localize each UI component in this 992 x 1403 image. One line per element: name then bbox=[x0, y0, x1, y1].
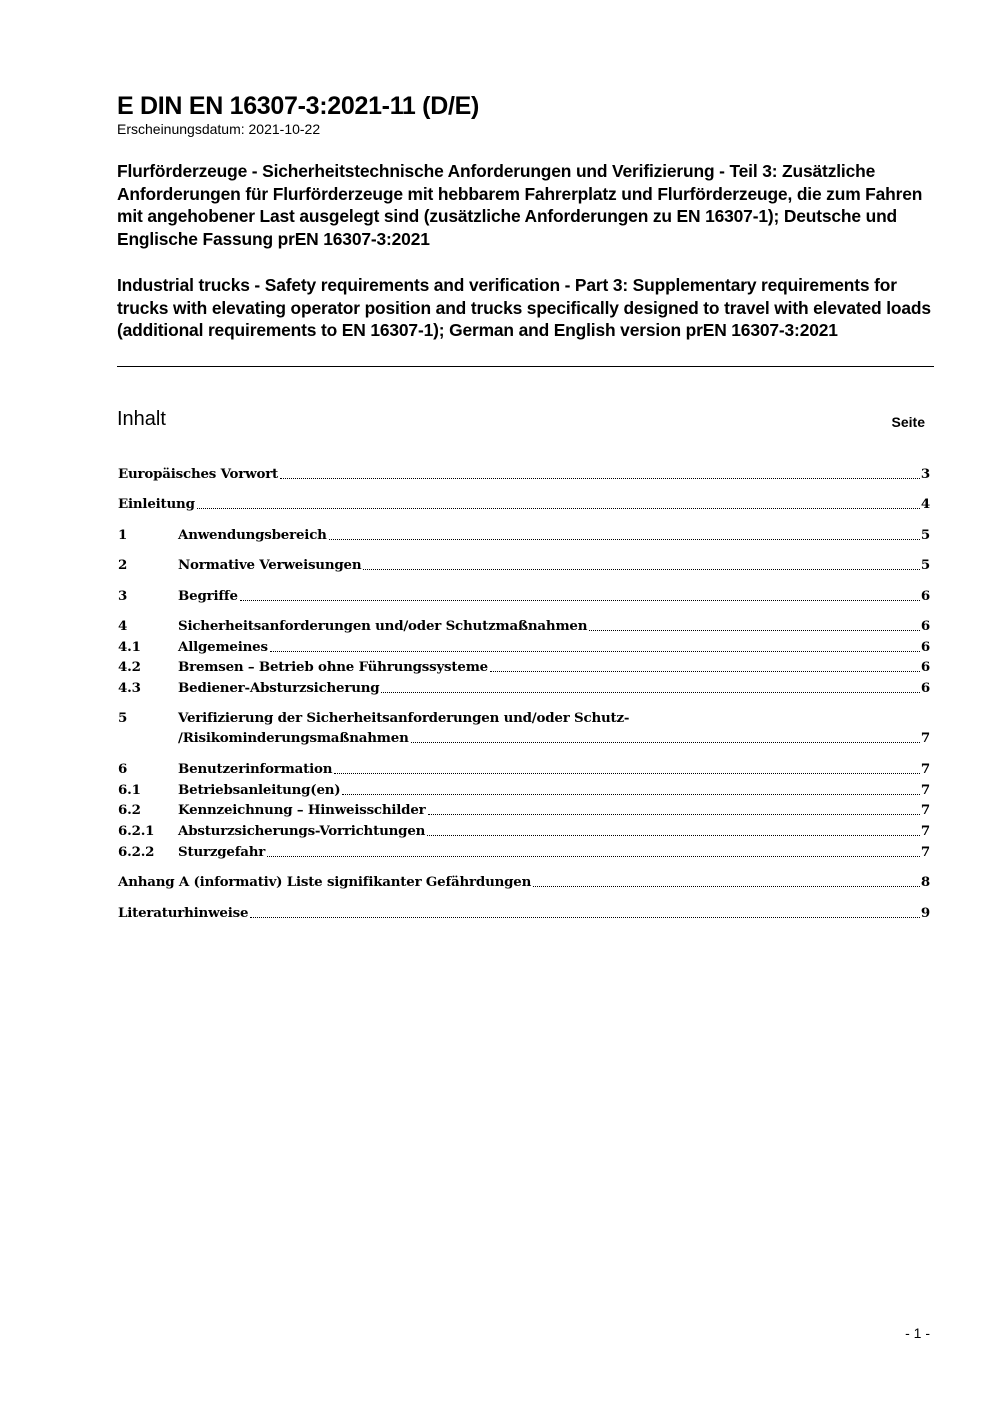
toc-dot-leader bbox=[427, 833, 920, 836]
toc-heading: Inhalt bbox=[117, 406, 166, 432]
toc-entry-label[interactable]: Absturzsicherungs-Vorrichtungen bbox=[178, 822, 425, 840]
toc-entry[interactable]: 6Benutzerinformation7 bbox=[118, 758, 930, 778]
toc-entry-page[interactable]: 3 bbox=[921, 465, 930, 483]
toc-entry-label[interactable]: Anwendungsbereich bbox=[178, 526, 327, 544]
toc-entry-number: 6.2.1 bbox=[118, 822, 178, 840]
standard-title: E DIN EN 16307-3:2021-11 (D/E) bbox=[117, 91, 479, 121]
toc-entry-label[interactable]: Sicherheitsanforderungen und/oder Schutz… bbox=[178, 617, 587, 635]
toc-entry-label[interactable]: Allgemeines bbox=[178, 638, 268, 656]
toc-dot-leader bbox=[250, 915, 920, 918]
toc-entry[interactable]: 6.2Kennzeichnung – Hinweisschilder7 bbox=[118, 799, 930, 819]
toc-entry[interactable]: 6.2.1Absturzsicherungs-Vorrichtungen7 bbox=[118, 820, 930, 840]
toc-entry-number: 4.3 bbox=[118, 679, 178, 697]
toc-entry-page[interactable]: 9 bbox=[921, 904, 930, 922]
toc-entry-label[interactable]: Europäisches Vorwort bbox=[118, 465, 278, 483]
toc-dot-leader bbox=[280, 476, 920, 479]
toc-entry-page[interactable]: 7 bbox=[921, 729, 930, 747]
toc-entry-label[interactable]: Begriffe bbox=[178, 587, 238, 605]
title-divider bbox=[117, 366, 934, 367]
toc-dot-leader bbox=[589, 628, 920, 631]
toc-entry-number: 5 bbox=[118, 709, 178, 727]
toc-entry[interactable]: 4.1Allgemeines6 bbox=[118, 636, 930, 656]
toc-entry-number: 1 bbox=[118, 526, 178, 544]
toc-dot-leader bbox=[267, 854, 920, 857]
toc-entry-page[interactable]: 8 bbox=[921, 873, 930, 891]
publication-date: Erscheinungsdatum: 2021-10-22 bbox=[117, 121, 320, 137]
toc-dot-leader bbox=[428, 812, 920, 815]
toc-entry-number: 2 bbox=[118, 556, 178, 574]
toc-dot-leader bbox=[240, 598, 920, 601]
toc-dot-leader bbox=[270, 649, 920, 652]
toc-entry-page[interactable]: 7 bbox=[921, 843, 930, 861]
toc-dot-leader bbox=[490, 669, 920, 672]
toc-entry-page[interactable]: 6 bbox=[921, 617, 930, 635]
toc-dot-leader bbox=[342, 792, 919, 795]
toc-entry[interactable]: 4.3Bediener-Absturzsicherung6 bbox=[118, 677, 930, 697]
toc-dot-leader bbox=[197, 506, 920, 509]
toc-entry-number: 6.2.2 bbox=[118, 843, 178, 861]
toc-entry[interactable]: Anhang A (informativ) Liste signifikante… bbox=[118, 871, 930, 891]
toc-entry[interactable]: Europäisches Vorwort3 bbox=[118, 463, 930, 483]
toc-entry-number: 3 bbox=[118, 587, 178, 605]
toc-dot-leader bbox=[334, 771, 920, 774]
title-german: Flurförderzeuge - Sicherheitstechnische … bbox=[117, 160, 947, 250]
toc-entry-page[interactable]: 7 bbox=[921, 822, 930, 840]
toc-entry-number: 6.1 bbox=[118, 781, 178, 799]
toc-entry-number: 4.2 bbox=[118, 658, 178, 676]
toc-dot-leader bbox=[411, 740, 920, 743]
toc-entry-page[interactable]: 6 bbox=[921, 658, 930, 676]
toc-entry-page[interactable]: 7 bbox=[921, 760, 930, 778]
toc-entry[interactable]: 3Begriffe6 bbox=[118, 585, 930, 605]
toc-entry-page[interactable]: 6 bbox=[921, 679, 930, 697]
toc-entry[interactable]: 5/Risikominderungsmaßnahmen7 bbox=[118, 727, 930, 747]
toc-entry-page[interactable]: 6 bbox=[921, 638, 930, 656]
toc-entry-label[interactable]: Bremsen – Betrieb ohne Führungssysteme bbox=[178, 658, 488, 676]
toc-entry[interactable]: 6.1Betriebsanleitung(en)7 bbox=[118, 779, 930, 799]
toc-entry-label[interactable]: Betriebsanleitung(en) bbox=[178, 781, 340, 799]
toc-entry-label[interactable]: Sturzgefahr bbox=[178, 843, 265, 861]
toc-entry-page[interactable]: 7 bbox=[921, 781, 930, 799]
title-english: Industrial trucks - Safety requirements … bbox=[117, 274, 937, 342]
toc-entry-label[interactable]: Anhang A (informativ) Liste signifikante… bbox=[118, 873, 531, 891]
toc-entry-first-line[interactable]: 5Verifizierung der Sicherheitsanforderun… bbox=[118, 707, 930, 727]
toc-entry-label[interactable]: Normative Verweisungen bbox=[178, 556, 361, 574]
toc-entry-label[interactable]: Verifizierung der Sicherheitsanforderung… bbox=[178, 709, 629, 727]
toc-entry-label[interactable]: Bediener-Absturzsicherung bbox=[178, 679, 379, 697]
toc-entry-number: 6 bbox=[118, 760, 178, 778]
toc-entry-page[interactable]: 6 bbox=[921, 587, 930, 605]
toc-entry-label[interactable]: Einleitung bbox=[118, 495, 195, 513]
toc-entry-page[interactable]: 4 bbox=[921, 495, 930, 513]
toc-entry[interactable]: 6.2.2Sturzgefahr7 bbox=[118, 841, 930, 861]
toc-dot-leader bbox=[381, 690, 919, 693]
toc-entry[interactable]: Literaturhinweise9 bbox=[118, 902, 930, 922]
toc-dot-leader bbox=[329, 537, 920, 540]
toc-entry[interactable]: 4Sicherheitsanforderungen und/oder Schut… bbox=[118, 615, 930, 635]
toc-entry-label[interactable]: Kennzeichnung – Hinweisschilder bbox=[178, 801, 426, 819]
toc-entry-number: 6.2 bbox=[118, 801, 178, 819]
toc-entry-page[interactable]: 7 bbox=[921, 801, 930, 819]
toc-entry[interactable]: 1Anwendungsbereich5 bbox=[118, 524, 930, 544]
document-page: E DIN EN 16307-3:2021-11 (D/E) Erscheinu… bbox=[0, 0, 992, 1403]
toc-page-column-label: Seite bbox=[892, 413, 925, 431]
toc-entry-number: 4 bbox=[118, 617, 178, 635]
toc-entry-page[interactable]: 5 bbox=[921, 526, 930, 544]
toc-entry-label[interactable]: Literaturhinweise bbox=[118, 904, 248, 922]
toc-entry-page[interactable]: 5 bbox=[921, 556, 930, 574]
toc-entry[interactable]: 4.2Bremsen – Betrieb ohne Führungssystem… bbox=[118, 656, 930, 676]
toc-entry-label[interactable]: Benutzerinformation bbox=[178, 760, 332, 778]
toc-dot-leader bbox=[363, 567, 919, 570]
toc-dot-leader bbox=[533, 884, 920, 887]
toc-entry-label[interactable]: /Risikominderungsmaßnahmen bbox=[178, 729, 409, 747]
toc-entry[interactable]: Einleitung4 bbox=[118, 493, 930, 513]
page-number: - 1 - bbox=[905, 1325, 930, 1341]
toc-entry-number: 4.1 bbox=[118, 638, 178, 656]
toc-entry[interactable]: 2Normative Verweisungen5 bbox=[118, 554, 930, 574]
